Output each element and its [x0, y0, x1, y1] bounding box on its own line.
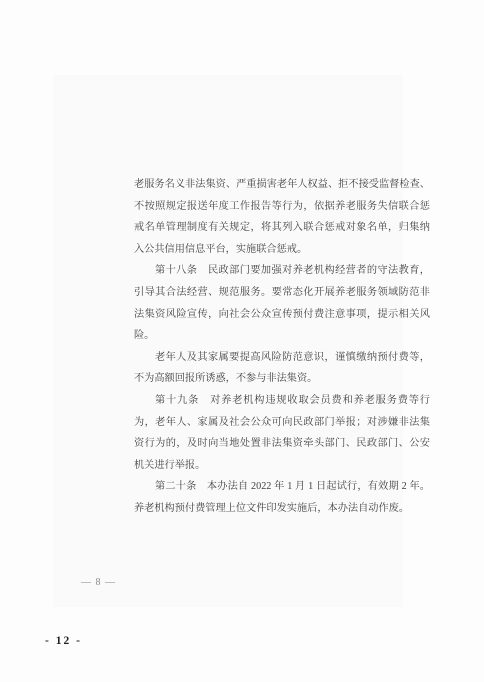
body-line: 法集资风险宣传，向社会公众宣传预付费注意事项，提示相关风	[134, 304, 430, 326]
body-line: 为，老年人、家属及社会公众可向民政部门举报；对涉嫌非法集	[134, 412, 430, 434]
body-line: 老服务名义非法集资、严重损害老年人权益、拒不接受监督检查、	[134, 174, 430, 196]
body-line: 老年人及其家属要提高风险防范意识，谨慎缴纳预付费等，	[134, 347, 430, 369]
body-line-article-18: 第十八条 民政部门要加强对养老机构经营者的守法教育，	[134, 260, 430, 282]
body-line: 戒名单管理制度有关规定，将其列入联合惩戒对象名单，归集纳	[134, 217, 430, 239]
body-line: 养老机构预付费管理上位文件印发实施后，本办法自动作废。	[134, 498, 430, 520]
document-body: 老服务名义非法集资、严重损害老年人权益、拒不接受监督检查、 不按照规定报送年度工…	[134, 174, 430, 520]
body-line-article-19: 第十九条 对养老机构违规收取会员费和养老服务费等行	[134, 390, 430, 412]
scanned-page-number: — 8 —	[81, 577, 116, 588]
body-line: 资行为的，及时向当地处置非法集资牵头部门、民政部门、公安	[134, 433, 430, 455]
body-line: 机关进行举报。	[134, 455, 430, 477]
body-line-article-20: 第二十条 本办法自 2022 年 1 月 1 日起试行，有效期 2 年。	[134, 476, 430, 498]
scanned-document-page: 老服务名义非法集资、严重损害老年人权益、拒不接受监督检查、 不按照规定报送年度工…	[53, 75, 403, 607]
body-line: 入公共信用信息平台，实施联合惩戒。	[134, 239, 430, 261]
body-line: 险。	[134, 325, 430, 347]
pdf-page-number: - 12 -	[45, 635, 82, 647]
body-line: 不按照规定报送年度工作报告等行为，依据养老服务失信联合惩	[134, 196, 430, 218]
body-line: 不为高额回报所诱惑，不参与非法集资。	[134, 368, 430, 390]
body-line: 引导其合法经营、规范服务。要常态化开展养老服务领域防范非	[134, 282, 430, 304]
